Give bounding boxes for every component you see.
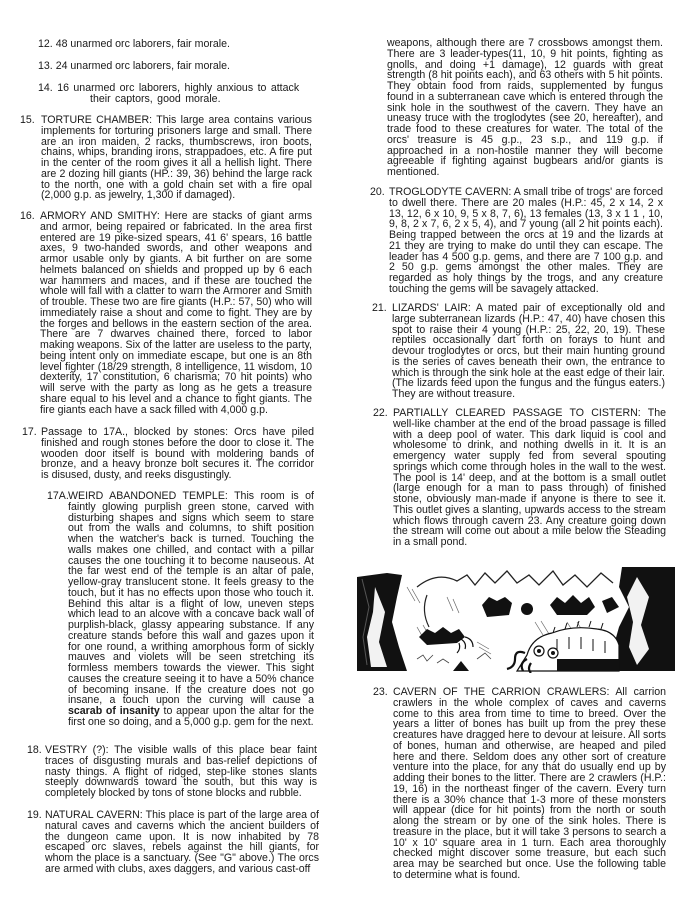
entry-14: 14. 16 unarmed orc laborers, highly anxi… (38, 83, 328, 105)
entry-number: 21. (372, 303, 387, 314)
entry-19: 19. NATURAL CAVERN: This place is part o… (27, 810, 319, 875)
entry-23: 23. CAVERN OF THE CARRION CRAWLERS: All … (373, 687, 666, 881)
entry-text: A mated pair of exceptionally old and la… (392, 302, 665, 400)
entry-17: 17. Passage to 17A., blocked by stones: … (22, 427, 314, 481)
entry-number: 15. (20, 115, 35, 126)
entry-number: 23. (373, 687, 388, 698)
entry-number: 22. (373, 408, 388, 419)
carrion-crawler-cavern-illustration (357, 567, 675, 673)
entry-16: 16. ARMORY AND SMITHY: Here are stacks o… (20, 211, 312, 415)
entry-text-line2: their captors, good morale. (38, 94, 328, 105)
entry-number: 20. (370, 187, 385, 198)
entry-text: This room is of faintly glowing purplish… (68, 490, 314, 706)
entry-text: 48 unarmed orc laborers, fair morale. (56, 38, 230, 50)
entry-21: 21. LIZARDS' LAIR: A mated pair of excep… (372, 303, 665, 400)
entry-15: 15. TORTURE CHAMBER: This large area con… (20, 115, 312, 201)
entry-20: 20. TROGLODYTE CAVERN: A small tribe of … (370, 187, 663, 295)
entry-text: Here are stacks of giant arms and armor,… (40, 210, 312, 416)
entry-text: This large area contains various impleme… (41, 114, 312, 201)
entry-number: 13. (38, 60, 53, 72)
entry-number: 19. (27, 810, 42, 821)
cavern-illustration-icon (357, 567, 675, 673)
entry-17a: 17A. WEIRD ABANDONED TEMPLE: This room i… (47, 491, 314, 728)
entry-number: 18. (27, 745, 42, 756)
entry-number: 17A. (47, 491, 69, 502)
entry-number: 17. (22, 427, 37, 438)
entry-13: 13. 24 unarmed orc laborers, fair morale… (38, 61, 318, 72)
entry-number: 12. (38, 38, 53, 50)
entry-text: The well-like chamber at the end of the … (393, 407, 666, 548)
entry-text: All carrion crawlers in the whole comple… (393, 686, 666, 881)
entry-19-continued: weapons, although there are 7 crossbows … (387, 38, 663, 178)
entry-22: 22. PARTIALLY CLEARED PASSAGE TO CISTERN… (373, 408, 666, 548)
entry-18: 18. VESTRY (?): The visible walls of thi… (27, 745, 317, 799)
entry-text: This place is part of the large area of … (45, 809, 319, 875)
entry-text: A small tribe of trogs' are forced to dw… (389, 186, 663, 295)
entry-text: 24 unarmed orc laborers, fair morale. (56, 60, 230, 72)
entry-12: 12. 48 unarmed orc laborers, fair morale… (38, 39, 318, 50)
entry-number: 16. (20, 211, 35, 222)
entry-number: 14. (38, 82, 53, 94)
entry-text: weapons, although there are 7 crossbows … (387, 38, 663, 178)
